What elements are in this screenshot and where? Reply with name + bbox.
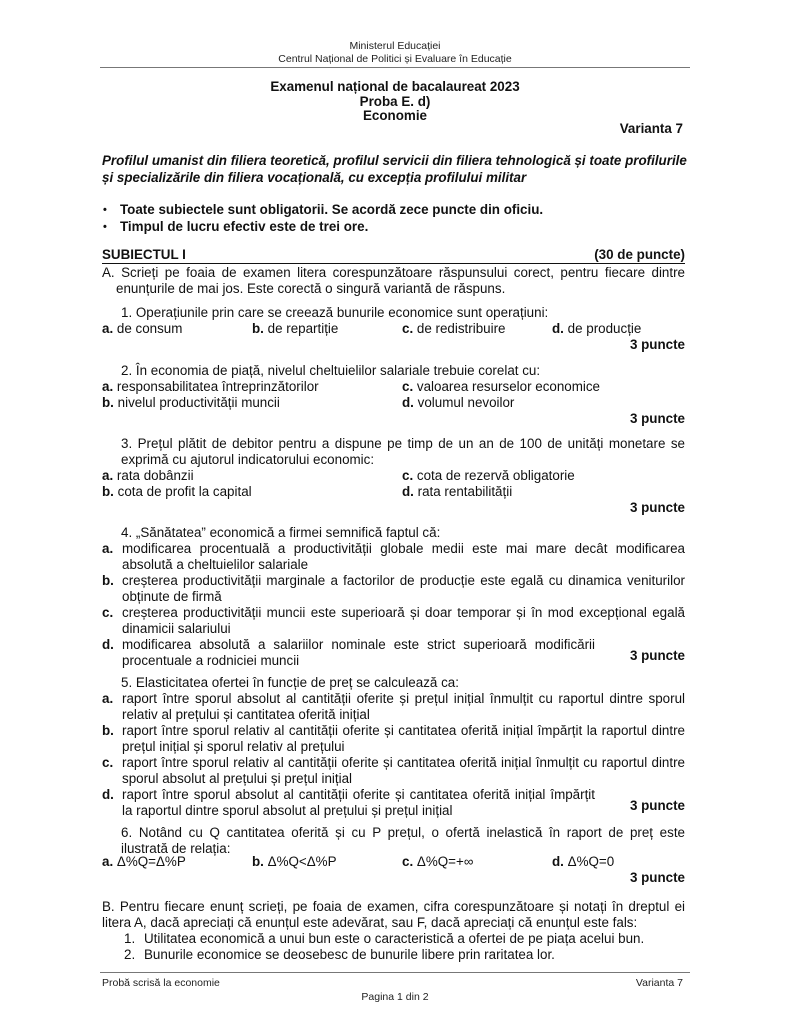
option-a: a. responsabilitatea întreprinzătorilor: [102, 379, 319, 395]
question-6-options: a. Δ%Q=Δ%P b. Δ%Q<Δ%P c. Δ%Q=+∞ d. Δ%Q=0: [102, 854, 692, 870]
question-4-points: 3 puncte: [630, 648, 685, 664]
exam-page: Ministerul Educației Centrul Național de…: [0, 0, 791, 1024]
bullet-icon: •: [103, 219, 107, 236]
footer-variant: Varianta 7: [636, 977, 683, 989]
exam-title-line2: Proba E. d): [100, 95, 690, 110]
header-divider: [100, 67, 690, 68]
question-5-option-c: c.raport între sporul relativ al cantită…: [102, 755, 685, 787]
question-2-stem: 2. În economia de piață, nivelul cheltui…: [102, 363, 685, 379]
rule-item: •Timpul de lucru efectiv este de trei or…: [102, 219, 692, 236]
exam-rules: •Toate subiectele sunt obligatorii. Se a…: [102, 202, 692, 235]
option-b: b. nivelul productivității muncii: [102, 395, 280, 411]
question-6-stem: 6. Notând cu Q cantitatea oferită și cu …: [102, 825, 685, 857]
question-5-option-d: d.raport între sporul absolut al cantită…: [102, 787, 685, 819]
variant-label: Varianta 7: [620, 121, 683, 136]
option-c: c. valoarea resurselor economice: [402, 379, 600, 395]
section-b-statements: 1.Utilitatea economică a unui bun este o…: [122, 931, 692, 963]
option-d: d. Δ%Q=0: [552, 854, 614, 870]
question-4-option-b: b.creșterea productivității marginale a …: [102, 573, 685, 605]
subject-title: SUBIECTUL I: [102, 248, 186, 262]
question-2-points: 3 puncte: [630, 411, 685, 427]
option-d: d. rata rentabilității: [402, 484, 512, 500]
statement-item: 1.Utilitatea economică a unui bun este o…: [122, 931, 692, 947]
ministry-name: Ministerul Educației: [100, 40, 690, 53]
question-4-option-d: d.modificarea absolută a salariilor nomi…: [102, 637, 685, 669]
option-b: b. de repartiție: [252, 321, 338, 337]
footer-subject: Probă scrisă la economie: [102, 977, 220, 989]
question-4-option-a: a.modificarea procentuală a productivită…: [102, 541, 685, 573]
exam-title: Examenul național de bacalaureat 2023 Pr…: [100, 80, 690, 124]
question-4-stem: 4. „Sănătatea” economică a firmei semnif…: [102, 525, 685, 541]
option-b: b. Δ%Q<Δ%P: [252, 854, 337, 870]
question-5-option-a: a.raport între sporul absolut al cantită…: [102, 691, 685, 723]
page-number: Pagina 1 din 2: [100, 991, 690, 1003]
exam-title-line1: Examenul național de bacalaureat 2023: [100, 80, 690, 95]
section-a-instructions: A. Scrieți pe foaia de examen litera cor…: [102, 265, 685, 297]
question-1-stem: 1. Operațiunile prin care se creează bun…: [102, 305, 685, 321]
exam-title-line3: Economie: [100, 109, 690, 124]
profile-description: Profilul umanist din filiera teoretică, …: [102, 153, 692, 186]
option-d: d. volumul nevoilor: [402, 395, 514, 411]
question-5-stem: 5. Elasticitatea ofertei în funcție de p…: [102, 675, 685, 691]
question-3-stem: 3. Prețul plătit de debitor pentru a dis…: [102, 436, 685, 468]
question-4-option-c: c.creșterea productivității muncii este …: [102, 605, 685, 637]
statement-item: 2.Bunurile economice se deosebesc de bun…: [122, 947, 692, 963]
option-a: a. rata dobânzii: [102, 468, 194, 484]
option-b: b. cota de profit la capital: [102, 484, 252, 500]
question-5-points: 3 puncte: [630, 798, 685, 814]
footer-divider: [100, 972, 690, 973]
section-b-instructions: B. Pentru fiecare enunț scrieți, pe foai…: [102, 899, 685, 931]
question-1-points: 3 puncte: [630, 337, 685, 353]
subject-points: (30 de puncte): [594, 248, 685, 262]
subject-heading: SUBIECTUL I (30 de puncte): [102, 248, 685, 264]
bullet-icon: •: [103, 202, 107, 219]
option-c: c. de redistribuire: [402, 321, 505, 337]
option-c: c. Δ%Q=+∞: [402, 854, 473, 870]
question-1-options: a. de consum b. de repartiție c. de redi…: [102, 321, 692, 337]
question-6-points: 3 puncte: [630, 870, 685, 886]
institution-header: Ministerul Educației Centrul Național de…: [100, 40, 690, 66]
option-d: d. de producție: [552, 321, 641, 337]
option-c: c. cota de rezervă obligatorie: [402, 468, 575, 484]
center-name: Centrul Național de Politici și Evaluare…: [100, 53, 690, 66]
question-3-points: 3 puncte: [630, 500, 685, 516]
rule-item: •Toate subiectele sunt obligatorii. Se a…: [102, 202, 692, 219]
option-a: a. de consum: [102, 321, 182, 337]
option-a: a. Δ%Q=Δ%P: [102, 854, 186, 870]
question-5-option-b: b.raport între sporul relativ al cantită…: [102, 723, 685, 755]
